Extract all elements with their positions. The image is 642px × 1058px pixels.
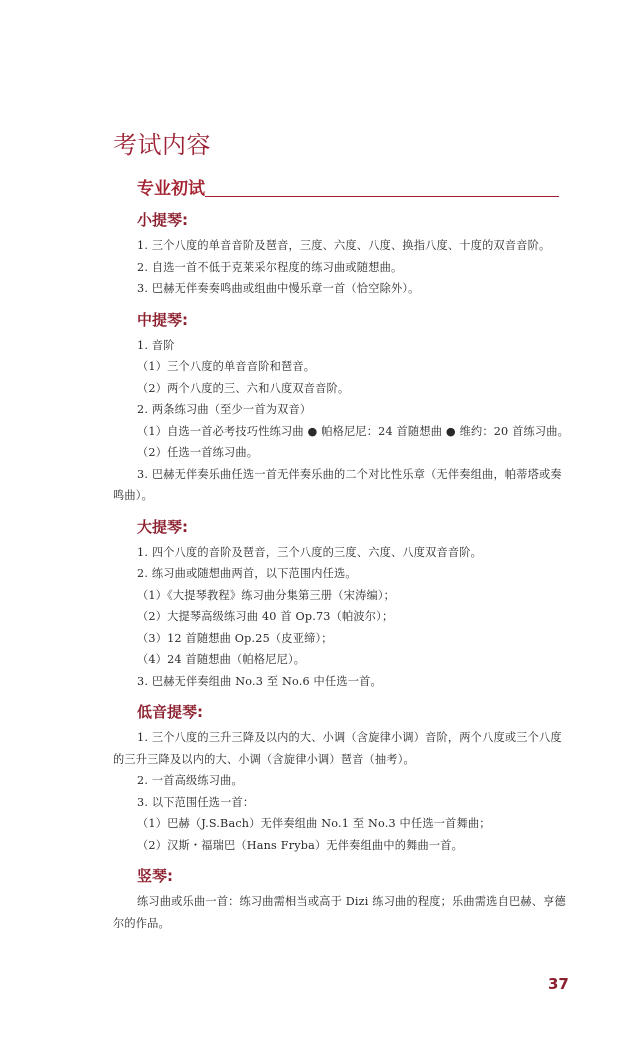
paragraph: 2. 两条练习曲（至少一首为双音） (113, 399, 573, 421)
section-underline (205, 196, 559, 197)
paragraph: （3）12 首随想曲 Op.25（皮亚缔）； (113, 628, 573, 650)
instrument-double-bass: 低音提琴: 1. 三个八度的三升三降及以内的大、小调（含旋律小调）音阶，两个八度… (113, 700, 573, 856)
instrument-title: 中提琴: (137, 308, 573, 332)
paragraph: 2. 自选一首不低于克莱采尔程度的练习曲或随想曲。 (113, 257, 573, 279)
paragraph: 2. 练习曲或随想曲两首，以下范围内任选。 (113, 563, 573, 585)
section-header: 专业初试 (137, 170, 573, 200)
instrument-violin: 小提琴: 1. 三个八度的单音音阶及琶音，三度、六度、八度、换指八度、十度的双音… (113, 208, 573, 300)
instrument-title: 竖琴: (137, 864, 573, 888)
page-number: 37 (548, 975, 569, 993)
paragraph: （1）三个八度的单音音阶和琶音。 (113, 356, 573, 378)
instrument-cello: 大提琴: 1. 四个八度的音阶及琶音，三个八度的三度、六度、八度双音音阶。 2.… (113, 515, 573, 693)
paragraph: （2）任选一首练习曲。 (113, 442, 573, 464)
paragraph: （2）两个八度的三、六和八度双音音阶。 (113, 378, 573, 400)
paragraph: （1）巴赫（J.S.Bach）无伴奏组曲 No.1 至 No.3 中任选一首舞曲… (113, 813, 573, 835)
paragraph: （1）自选一首必考技巧性练习曲 ● 帕格尼尼：24 首随想曲 ● 维约：20 首… (113, 421, 573, 443)
paragraph: （2）大提琴高级练习曲 40 首 Op.73（帕波尔）； (113, 606, 573, 628)
paragraph: 3. 巴赫无伴奏组曲 No.3 至 No.6 中任选一首。 (113, 671, 573, 693)
paragraph: （1）《大提琴教程》练习曲分集第三册（宋涛编）； (113, 585, 573, 607)
paragraph: 3. 巴赫无伴奏乐曲任选一首无伴奏乐曲的二个对比性乐章（无伴奏组曲，帕蒂塔或奏鸣… (113, 464, 573, 507)
paragraph: 1. 三个八度的三升三降及以内的大、小调（含旋律小调）音阶，两个八度或三个八度的… (113, 727, 573, 770)
section-title: 专业初试 (137, 178, 205, 200)
instrument-title: 低音提琴: (137, 700, 573, 724)
chapter-title: 考试内容 (113, 128, 573, 162)
instrument-viola: 中提琴: 1. 音阶 （1）三个八度的单音音阶和琶音。 （2）两个八度的三、六和… (113, 308, 573, 507)
document-page: 考试内容 专业初试 小提琴: 1. 三个八度的单音音阶及琶音，三度、六度、八度、… (113, 128, 573, 934)
paragraph: 练习曲或乐曲一首：练习曲需相当或高于 Dizi 练习曲的程度；乐曲需选自巴赫、亨… (113, 891, 573, 934)
paragraph: 1. 三个八度的单音音阶及琶音，三度、六度、八度、换指八度、十度的双音音阶。 (113, 235, 573, 257)
paragraph: 3. 以下范围任选一首： (113, 792, 573, 814)
paragraph: 3. 巴赫无伴奏奏鸣曲或组曲中慢乐章一首（恰空除外）。 (113, 278, 573, 300)
instrument-harp: 竖琴: 练习曲或乐曲一首：练习曲需相当或高于 Dizi 练习曲的程度；乐曲需选自… (113, 864, 573, 934)
paragraph: （2）汉斯・福瑞巴（Hans Fryba）无伴奏组曲中的舞曲一首。 (113, 835, 573, 857)
paragraph: 2. 一首高级练习曲。 (113, 770, 573, 792)
paragraph: 1. 音阶 (113, 335, 573, 357)
paragraph: 1. 四个八度的音阶及琶音，三个八度的三度、六度、八度双音音阶。 (113, 542, 573, 564)
paragraph: （4）24 首随想曲（帕格尼尼）。 (113, 649, 573, 671)
instrument-title: 小提琴: (137, 208, 573, 232)
instrument-title: 大提琴: (137, 515, 573, 539)
